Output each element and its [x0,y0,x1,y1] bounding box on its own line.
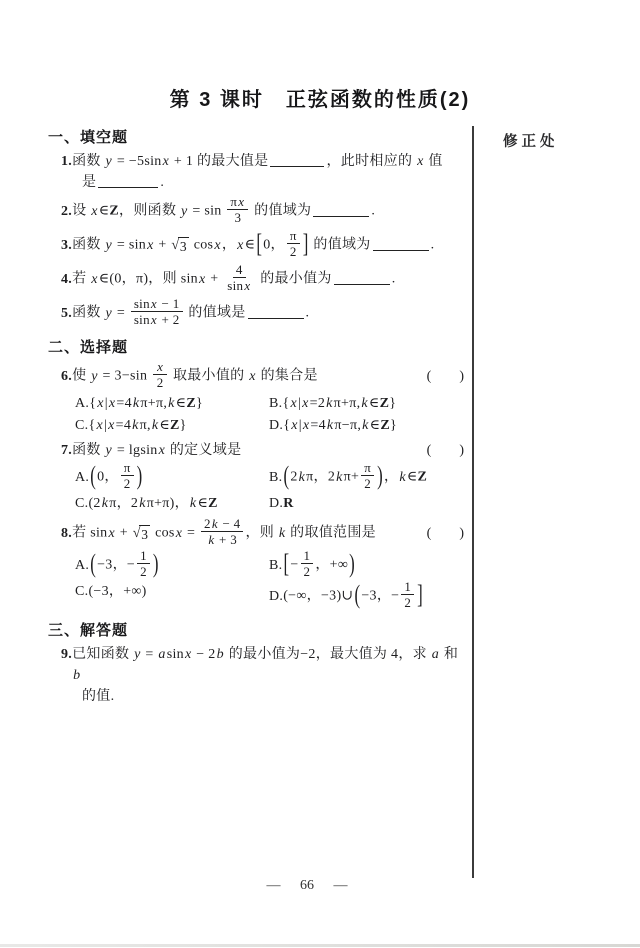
option-label: D. [269,586,283,607]
fraction: π2 [361,460,374,491]
scan-edge-artifact [0,944,640,947]
math-text: 的值域是 [185,306,246,321]
big-bracket: ( [282,464,290,490]
option-item: C.(−3，+∞) [75,581,265,612]
sqrt: √3 [171,237,189,255]
math-variable: k [361,418,370,433]
option-label: D. [269,415,283,436]
math-text: 的值. [82,689,114,704]
math-text: =4 [116,418,132,433]
math-text: ，+∞ [315,558,348,573]
question-stem: 2.设 x∈Z，则函数 y = sin πx3 的值域为. [48,196,464,227]
question-number: 1. [61,151,72,172]
math-text: 2 [404,595,411,610]
math-text: 4 [236,262,243,277]
math-variable: x [150,296,158,311]
denominator: k + 3 [204,532,240,547]
math-text: ∈ [370,418,381,433]
math-text: ，则 [245,526,277,541]
math-text: π [290,228,297,243]
math-text: 0， [263,238,285,253]
question-number: 2. [61,201,72,222]
math-text: 2 [204,516,211,531]
math-text: 2 [124,476,131,491]
question-stem: 6.使 y = 3−sin x2 取最小值的 x 的集合是( ) [48,361,464,392]
option-label: B. [269,467,282,488]
math-text: . [371,204,375,219]
worksheet-page: 第 3 课时 正弦函数的性质(2) 一、填空题1.函数 y = −5sinx +… [0,0,640,948]
math-line: 使 y = 3−sin x2 取最小值的 x 的集合是 [72,361,421,392]
sqrt: √3 [133,525,151,543]
math-text: 1 [304,548,311,563]
big-bracket: ] [416,583,424,609]
math-variable: x [416,154,425,169]
math-line: 函数 y = −5sinx + 1 的最大值是，此时相应的 x 值 [72,151,464,172]
math-text: 2 [290,470,297,485]
option-item: B.(2kπ，2kπ+π2)，k∈Z [269,462,464,493]
answer-paren: ( ) [427,440,464,461]
denominator: 3 [231,210,244,225]
page-title: 第 3 课时 正弦函数的性质(2) [0,83,640,112]
numerator: 1 [137,548,150,564]
big-bracket: [ [255,232,263,258]
math-variable: a [157,647,166,662]
math-text: = [183,526,199,541]
math-line: 已知函数 y = asinx − 2b 的最小值为−2，最大值为 4，求 a 和… [72,644,464,686]
options-grid: A.(0，π2)B.(2kπ，2kπ+π2)，k∈ZC.(2kπ，2kπ+π)，… [75,462,464,515]
question-number: 5. [61,303,72,324]
numerator: 1 [301,548,314,564]
question-continuation: 是. [48,172,464,193]
option-label: B. [269,555,282,576]
math-text: 值 [425,154,443,169]
math-text: ∈ [197,496,208,511]
math-text: =4 [116,396,132,411]
math-variable: k [167,396,176,411]
numerator: πx [227,194,248,210]
math-text: 设 [72,204,90,219]
question-stem: 1.函数 y = −5sinx + 1 的最大值是，此时相应的 x 值 [48,151,464,172]
math-text: } [196,396,203,411]
big-bracket: ] [302,232,310,258]
denominator: 2 [287,244,300,259]
question-row: 5.函数 y = sinx − 1sinx + 2 的值域是. [48,298,464,329]
math-text: 的定义域是 [166,443,241,458]
radicand: 3 [139,525,150,543]
math-text: . [431,238,435,253]
math-text: 2 [364,476,371,491]
math-text: =4 [310,418,326,433]
math-text: + [116,526,132,541]
option-item: C.(2kπ，2kπ+π)，k∈Z [75,493,265,515]
math-variable: x [156,359,164,374]
fraction: 12 [301,548,314,579]
math-text: −3，− [97,558,135,573]
question-row: 2.设 x∈Z，则函数 y = sin πx3 的值域为. [48,196,464,227]
answer-blank [313,204,369,217]
math-variable: y [90,369,99,384]
math-text: 3 [180,239,187,254]
math-line: 函数 y = sinx + √3 cosx，x∈[0，π2] 的值域为. [72,230,464,261]
big-bracket: [ [282,552,290,578]
denominator: 2 [361,476,374,491]
question-stem: 4.若 x∈(0，π)，则 sinx + 4sinx 的最小值为. [48,264,464,295]
fraction: sinx − 1sinx + 2 [131,296,183,327]
math-variable: x [107,526,116,541]
numerator: x [153,359,167,375]
math-set-symbol: Z [380,396,390,411]
question-number: 3. [61,235,72,256]
math-text: ∈ [176,396,187,411]
option-item: D.{x|x=4kπ−π,k∈Z} [269,415,464,437]
question-number: 8. [61,523,72,544]
math-variable: y [105,154,114,169]
math-text: 3 [234,210,241,225]
section: 一、填空题1.函数 y = −5sinx + 1 的最大值是，此时相应的 x 值… [48,127,464,329]
answer-blank [270,154,324,167]
math-text: . [306,306,310,321]
math-variable: k [325,396,334,411]
denominator: 2 [154,375,167,390]
math-variable: a [431,647,440,662]
math-variable: k [138,496,147,511]
question-number: 4. [61,269,72,290]
math-text: sin [227,278,243,293]
math-text: 的值域为 [310,238,371,253]
fraction: 12 [137,548,150,579]
option-item: D.R [269,493,464,515]
math-variable: x [213,238,222,253]
option-item: A.(0，π2) [75,462,265,493]
math-text: 2 [140,564,147,579]
section: 三、解答题9.已知函数 y = asinx − 2b 的最小值为−2，最大值为 … [48,620,464,707]
fraction: π2 [121,460,134,491]
correction-area-label: 修正处 [503,130,559,151]
option-math: R [283,493,293,514]
denominator: sinx + 2 [131,312,183,327]
math-text: (2 [88,496,100,511]
math-set-symbol: R [283,496,293,511]
question-row: 9.已知函数 y = asinx − 2b 的最小值为−2，最大值为 4，求 a… [48,644,464,707]
math-text: 的最小值为 [256,272,331,287]
question-stem: 8.若 sinx + √3 cosx = 2k − 4k + 3，则 k 的取值… [48,518,464,549]
math-text: ∈ [369,396,380,411]
fraction: 12 [401,579,414,610]
math-line: 是. [82,175,164,190]
math-text: − 4 [219,516,241,531]
math-text: ∈ [407,470,418,485]
math-text: cos [190,238,213,253]
math-variable: k [335,470,344,485]
question-continuation: 的值. [48,686,464,707]
math-text: 函数 [72,443,104,458]
math-text: 若 sin [72,526,107,541]
answer-blank [248,306,304,319]
margin-divider-line [472,126,474,878]
math-set-symbol: Z [418,470,428,485]
math-text: 的集合是 [257,369,318,384]
question-row: 1.函数 y = −5sinx + 1 的最大值是，此时相应的 x 值是. [48,151,464,193]
big-bracket: ) [348,552,356,578]
question-stem: 7.函数 y = lgsinx 的定义域是( ) [48,440,464,461]
math-line: 若 x∈(0，π)，则 sinx + 4sinx 的最小值为. [72,264,464,295]
section-heading: 三、解答题 [48,620,464,641]
math-text: 2 [157,375,164,390]
math-variable: x [301,396,310,411]
math-variable: x [95,418,104,433]
math-text: (−3，+∞) [88,584,146,599]
math-text: cos [151,526,174,541]
answer-paren: ( ) [427,523,464,544]
option-label: A. [75,555,89,576]
question-row: 3.函数 y = sinx + √3 cosx，x∈[0，π2] 的值域为. [48,230,464,261]
fraction: 4sinx [224,262,254,293]
math-text: + 2 [158,312,180,327]
math-variable: x [248,369,257,384]
numerator: π [287,228,300,244]
big-bracket: ) [136,464,144,490]
math-line: 设 x∈Z，则函数 y = sin πx3 的值域为. [72,196,464,227]
option-item: B.[−12，+∞) [269,550,464,581]
math-variable: k [298,470,307,485]
math-text: ，此时相应的 [326,154,416,169]
math-variable: x [162,154,171,169]
math-set-symbol: Z [380,418,390,433]
answer-blank [98,175,158,188]
math-text: π−π, [334,418,361,433]
math-variable: x [290,418,299,433]
radicand: 3 [178,237,189,255]
math-text: 若 [72,272,90,287]
options-grid: A.{x|x=4kπ+π,k∈Z}B.{x|x=2kπ+π,k∈Z}C.{x|x… [75,393,464,437]
numerator: 1 [401,579,414,595]
option-math: [−12，+∞) [282,550,356,581]
math-text: − [290,558,298,573]
math-variable: x [237,194,245,209]
math-text: π+π, [334,396,361,411]
math-variable: k [360,396,369,411]
section-heading: 一、填空题 [48,127,464,148]
fraction: x2 [153,359,167,390]
math-text: π [364,460,371,475]
math-text: + 1 的最大值是 [170,154,268,169]
big-bracket: ) [376,464,384,490]
math-text: −3，− [361,589,399,604]
math-variable: x [289,396,298,411]
math-text: 取最小值的 [169,369,248,384]
option-math: {x|x=2kπ+π,k∈Z} [282,393,396,414]
option-math: (−3，−12) [89,550,160,581]
question-row: 8.若 sinx + √3 cosx = 2k − 4k + 3，则 k 的取值… [48,518,464,612]
big-bracket: ) [152,552,160,578]
math-text: = sin [113,238,146,253]
option-math: (0，π2) [89,462,143,493]
question-stem: 9.已知函数 y = asinx − 2b 的最小值为−2，最大值为 4，求 a… [48,644,464,686]
answer-paren: ( ) [427,366,464,387]
math-text: + 3 [215,532,237,547]
math-text: ∈(0，π)，则 sin [99,272,198,287]
numerator: sinx − 1 [131,296,183,312]
math-text: − 2 [193,647,216,662]
question-stem: 3.函数 y = sinx + √3 cosx，x∈[0，π2] 的值域为. [48,230,464,261]
page-number: — 66 — [0,878,614,894]
math-text: π+ [344,470,360,485]
math-text: 3 [141,527,148,542]
math-text: = [142,647,158,662]
math-variable: x [150,312,158,327]
numerator: 4 [233,262,246,278]
math-text: 的取值范围是 [286,526,376,541]
big-bracket: ( [353,583,361,609]
math-text: π+π, [140,396,167,411]
math-variable: k [101,496,110,511]
math-line: 函数 y = lgsinx 的定义域是 [72,440,421,461]
math-variable: y [105,238,114,253]
math-text: 的值域为 [250,204,311,219]
question-row: 7.函数 y = lgsinx 的定义域是( )A.(0，π2)B.(2kπ，2… [48,440,464,515]
numerator: 2k − 4 [201,516,243,532]
math-text: =2 [310,396,326,411]
question-row: 4.若 x∈(0，π)，则 sinx + 4sinx 的最小值为. [48,264,464,295]
math-set-symbol: Z [208,496,218,511]
math-text: 2 [304,564,311,579]
denominator: 2 [121,476,134,491]
math-variable: x [158,443,167,458]
math-text: 2 [290,244,297,259]
math-variable: y [133,647,142,662]
math-text: 1 [140,548,147,563]
math-text: 的最小值为−2，最大值为 4，求 [225,647,431,662]
section: 二、选择题6.使 y = 3−sin x2 取最小值的 x 的集合是( )A.{… [48,337,464,612]
option-label: D. [269,493,283,514]
answer-blank [334,272,390,285]
math-text: ∈ [245,238,256,253]
option-math: {x|x=4kπ+π,k∈Z} [89,393,203,414]
option-math: (2kπ，2kπ+π)，k∈Z [88,493,217,514]
numerator: π [361,460,374,476]
math-variable: x [107,418,116,433]
math-text: 和 [440,647,462,662]
math-set-symbol: Z [186,396,196,411]
math-text: ∈ [159,418,170,433]
math-text: − 1 [158,296,180,311]
math-text: = [113,306,129,321]
option-label: A. [75,393,89,414]
math-text: sin [134,296,150,311]
option-label: C. [75,581,88,602]
math-text: 已知函数 [72,647,133,662]
math-line: 的值. [82,689,114,704]
options-grid: A.(−3，−12)B.[−12，+∞)C.(−3，+∞)D.(−∞，−3)∪(… [75,550,464,612]
math-set-symbol: Z [109,204,119,219]
math-text: sin [134,312,150,327]
math-variable: x [96,396,105,411]
math-text: π, [140,418,151,433]
math-text: 函数 [72,154,104,169]
option-label: B. [269,393,282,414]
question-number: 9. [61,644,72,665]
math-set-symbol: Z [170,418,180,433]
math-variable: k [398,470,407,485]
math-text: 函数 [72,306,104,321]
question-number: 7. [61,440,72,461]
math-text: = sin [189,204,226,219]
math-variable: x [90,204,99,219]
math-text: + [206,272,222,287]
math-text: ∈ [99,204,110,219]
math-variable: b [216,647,225,662]
option-math: (−∞，−3)∪(−3，−12] [283,581,424,612]
math-text: } [180,418,187,433]
option-label: A. [75,467,89,488]
option-label: C. [75,415,88,436]
option-item: D.(−∞，−3)∪(−3，−12] [269,581,464,612]
numerator: π [121,460,134,476]
option-item: C.{x|x=4kπ,k∈Z} [75,415,265,437]
big-bracket: ( [89,552,97,578]
math-text: ， [222,238,236,253]
math-text: . [160,175,164,190]
math-text: ，则函数 [119,204,180,219]
math-variable: x [184,647,193,662]
option-math: {x|x=4kπ−π,k∈Z} [283,415,397,436]
option-math: (−3，+∞) [88,581,146,602]
question-number: 6. [61,366,72,387]
math-variable: k [211,516,219,531]
denominator: 2 [137,564,150,579]
math-variable: y [180,204,189,219]
fraction: π2 [287,228,300,259]
worksheet-content: 一、填空题1.函数 y = −5sinx + 1 的最大值是，此时相应的 x 值… [48,127,464,707]
denominator: sinx [224,278,254,293]
math-variable: y [105,306,114,321]
option-item: A.(−3，−12) [75,550,265,581]
math-text: 函数 [72,238,104,253]
math-variable: k [131,418,140,433]
math-text: 0， [97,470,119,485]
math-text: π [124,460,131,475]
math-variable: y [105,443,114,458]
math-variable: b [72,668,81,683]
math-text: sin [167,647,184,662]
math-text: π [230,194,237,209]
math-text: + [155,238,171,253]
question-stem: 5.函数 y = sinx − 1sinx + 2 的值域是. [48,298,464,329]
option-item: B.{x|x=2kπ+π,k∈Z} [269,393,464,415]
math-text: π，2 [109,496,138,511]
math-text: 使 [72,369,90,384]
question-row: 6.使 y = 3−sin x2 取最小值的 x 的集合是( )A.{x|x=4… [48,361,464,437]
option-item: A.{x|x=4kπ+π,k∈Z} [75,393,265,415]
math-text: (−∞，−3)∪ [283,589,353,604]
math-text: = −5sin [113,154,162,169]
math-variable: x [146,238,155,253]
option-label: C. [75,493,88,514]
math-variable: x [236,238,245,253]
fraction: πx3 [227,194,248,225]
math-variable: x [90,272,99,287]
fraction: 2k − 4k + 3 [201,516,243,547]
denominator: 2 [301,564,314,579]
math-text: . [392,272,396,287]
math-text: 是 [82,175,96,190]
math-variable: x [243,278,251,293]
math-text: = 3−sin [99,369,151,384]
option-math: {x|x=4kπ,k∈Z} [88,415,186,436]
denominator: 2 [401,595,414,610]
math-text: ， [384,470,398,485]
answer-blank [373,238,429,251]
